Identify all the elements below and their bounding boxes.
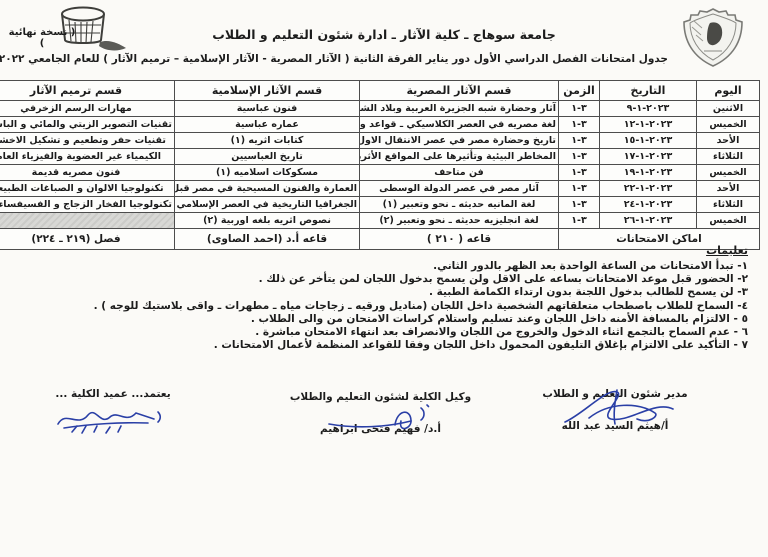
- table-row: الاثنين ٢٠٢٣-١-٩ ٣-١ آثار وحضارة شبه الج…: [0, 101, 760, 117]
- exam-subject-islamic: الجغرافيا التاريخية في العصر الإسلامي: [175, 197, 360, 213]
- exam-subject-restoration: تقنيات حفر وتطعيم و تشكيل الاخشاب: [0, 133, 175, 149]
- exam-subject-egyptian: آثار مصر في عصر الدولة الوسطى: [360, 181, 559, 197]
- exam-day: الثلاثاء: [697, 149, 760, 165]
- table-row: الأحد ٢٠٢٣-١-٢٢ ٣-١ آثار مصر في عصر الدو…: [0, 181, 760, 197]
- exam-subject-restoration: تكنولوجيا الالوان و الصباغات الطبيعية: [0, 181, 175, 197]
- table-header-row: اليوم التاريخ الزمن قسم الآثار المصرية ق…: [0, 81, 760, 101]
- exam-subject-restoration: الكيمياء غير العضوية والفيزياء العامة: [0, 149, 175, 165]
- exam-day: الخميس: [697, 213, 760, 229]
- exam-subject-egyptian: تاريخ وحضارة مصر في عصر الانتقال الاول و…: [360, 133, 559, 149]
- exam-time: ٣-١: [559, 133, 600, 149]
- exam-date: ٢٠٢٣-١-١٥: [600, 133, 697, 149]
- exam-time: ٣-١: [559, 149, 600, 165]
- exam-subject-islamic: عماره عباسية: [175, 117, 360, 133]
- vice-dean-title: وكيل الكلية لشئون التعليم والطلاب: [278, 391, 483, 403]
- exam-subject-restoration: فنون مصريه قديمة: [0, 165, 175, 181]
- exam-date: ٢٠٢٣-١-٢٦: [600, 213, 697, 229]
- exam-time: ٣-١: [559, 117, 600, 133]
- instruction-item: ٥ - الالتزام بالمسافة الأمنه داخل اللجان…: [24, 313, 748, 326]
- university-shield-logo: [680, 7, 746, 69]
- instruction-item: ٢- الحضور قبل موعد الامتحانات بساعه على …: [24, 273, 748, 286]
- exam-subject-islamic: العمارة والفنون المسيحية في مصر قبل العص…: [175, 181, 360, 197]
- exam-subject-egyptian: فن متاحف: [360, 165, 559, 181]
- vice-dean-name: أ.د/ فهيم فتحى ابراهيم: [278, 423, 483, 435]
- dean-approval-title: يعتمد... عميد الكلية ...: [28, 388, 198, 400]
- exam-date: ٢٠٢٣-١-٢٢: [600, 181, 697, 197]
- signature-block-vice-dean: وكيل الكلية لشئون التعليم والطلاب أ.د/ ف…: [278, 391, 483, 435]
- instruction-item: ٦ - عدم السماح بالتجمع اثناء الدخول والخ…: [24, 326, 748, 339]
- exam-day: الخميس: [697, 117, 760, 133]
- exam-schedule-document: ( نسخة نهائية ) جامعة سوهاج ـ كلية الآثا…: [0, 0, 768, 557]
- col-header-islamic: قسم الآثار الإسلامية: [175, 81, 360, 101]
- exam-subject-islamic: كتابات اثريه (١): [175, 133, 360, 149]
- exam-subject-islamic: نصوص اثريه بلغه اوربية (٢): [175, 213, 360, 229]
- dean-signature-ink: [46, 400, 171, 438]
- instructions-section: تعليمات ١- تبدأ الامتحانات من الساعة الو…: [24, 244, 748, 352]
- exam-date: ٢٠٢٣-١-٩: [600, 101, 697, 117]
- table-row: الأحد ٢٠٢٣-١-١٥ ٣-١ تاريخ وحضارة مصر في …: [0, 133, 760, 149]
- instructions-title: تعليمات: [24, 244, 748, 257]
- exam-subject-egyptian: لغة مصريه في العصر الكلاسيكي ـ قواعد وتم…: [360, 117, 559, 133]
- exam-day: الأحد: [697, 133, 760, 149]
- exam-subject-egyptian: آثار وحضارة شبه الجزيرة العربية وبلاد ال…: [360, 101, 559, 117]
- exam-day: الثلاثاء: [697, 197, 760, 213]
- col-header-day: اليوم: [697, 81, 760, 101]
- exam-time: ٣-١: [559, 213, 600, 229]
- col-header-egyptian: قسم الآثار المصرية: [360, 81, 559, 101]
- exam-day: الأحد: [697, 181, 760, 197]
- table-row: الثلاثاء ٢٠٢٣-١-٢٤ ٣-١ لغة المانيه حديثه…: [0, 197, 760, 213]
- exam-date: ٢٠٢٣-١-١٧: [600, 149, 697, 165]
- exam-time: ٣-١: [559, 101, 600, 117]
- exam-subject-egyptian: لغة المانيه حديثه ـ نحو وتعبير (١): [360, 197, 559, 213]
- exam-subject-restoration: مهارات الرسم الزخرفي: [0, 101, 175, 117]
- instruction-item: ٧ - التأكيد على الالتزام بإغلاق التليفون…: [24, 339, 748, 352]
- instruction-item: ٤- السماح للطلاب باصطحاب متعلقاتهم الشخص…: [24, 300, 748, 313]
- instruction-item: ١- تبدأ الامتحانات من الساعة الواحدة بعد…: [24, 260, 748, 273]
- exam-date: ٢٠٢٣-١-١٢: [600, 117, 697, 133]
- col-header-restoration: قسم ترميم الآثار: [0, 81, 175, 101]
- director-title: مدير شئون التعليم و الطلاب: [510, 388, 720, 400]
- table-row: الخميس ٢٠٢٣-١-٢٦ ٣-١ لغة انجليزيه حديثه …: [0, 213, 760, 229]
- exam-subject-restoration: تقنيات التصوير الزيتي والمائي و الباستيل: [0, 117, 175, 133]
- table-row: الخميس ٢٠٢٣-١-١٩ ٣-١ فن متاحف مسكوكات اس…: [0, 165, 760, 181]
- exam-subject-egyptian: المخاطر البيئية وتأثيرها على المواقع الأ…: [360, 149, 559, 165]
- exam-subject-restoration-empty: [0, 213, 175, 229]
- signature-block-director: مدير شئون التعليم و الطلاب أ/هيثم السيد …: [510, 388, 720, 432]
- exam-subject-islamic: مسكوكات اسلاميه (١): [175, 165, 360, 181]
- exam-day: الاثنين: [697, 101, 760, 117]
- exam-subject-islamic: تاريخ العباسيين: [175, 149, 360, 165]
- exam-day: الخميس: [697, 165, 760, 181]
- instruction-item: ٣- لن يسمح للطالب بدخول اللجنة بدون ارتد…: [24, 286, 748, 299]
- director-name: أ/هيثم السيد عبد الله: [510, 420, 720, 432]
- exam-date: ٢٠٢٣-١-١٩: [600, 165, 697, 181]
- table-row: الخميس ٢٠٢٣-١-١٢ ٣-١ لغة مصريه في العصر …: [0, 117, 760, 133]
- exam-subject-islamic: فنون عباسية: [175, 101, 360, 117]
- table-row: الثلاثاء ٢٠٢٣-١-١٧ ٣-١ المخاطر البيئية و…: [0, 149, 760, 165]
- version-label: ( نسخة نهائية ): [6, 27, 78, 49]
- document-subtitle: جدول امتحانات الفصل الدراسي الأول دور ين…: [95, 53, 668, 65]
- exam-date: ٢٠٢٣-١-٢٤: [600, 197, 697, 213]
- col-header-time: الزمن: [559, 81, 600, 101]
- exam-time: ٣-١: [559, 181, 600, 197]
- col-header-date: التاريخ: [600, 81, 697, 101]
- exam-time: ٣-١: [559, 165, 600, 181]
- document-title: جامعة سوهاج ـ كلية الآثار ـ ادارة شئون ا…: [130, 27, 638, 42]
- exam-subject-restoration: تكنولوجيا الفخار الزجاج و الفسيفساء والق…: [0, 197, 175, 213]
- signature-block-dean: يعتمد... عميد الكلية ...: [28, 388, 198, 400]
- exam-subject-egyptian: لغة انجليزيه حديثه ـ نحو وتعبير (٢): [360, 213, 559, 229]
- exam-time: ٣-١: [559, 197, 600, 213]
- exam-schedule-table: اليوم التاريخ الزمن قسم الآثار المصرية ق…: [0, 80, 760, 250]
